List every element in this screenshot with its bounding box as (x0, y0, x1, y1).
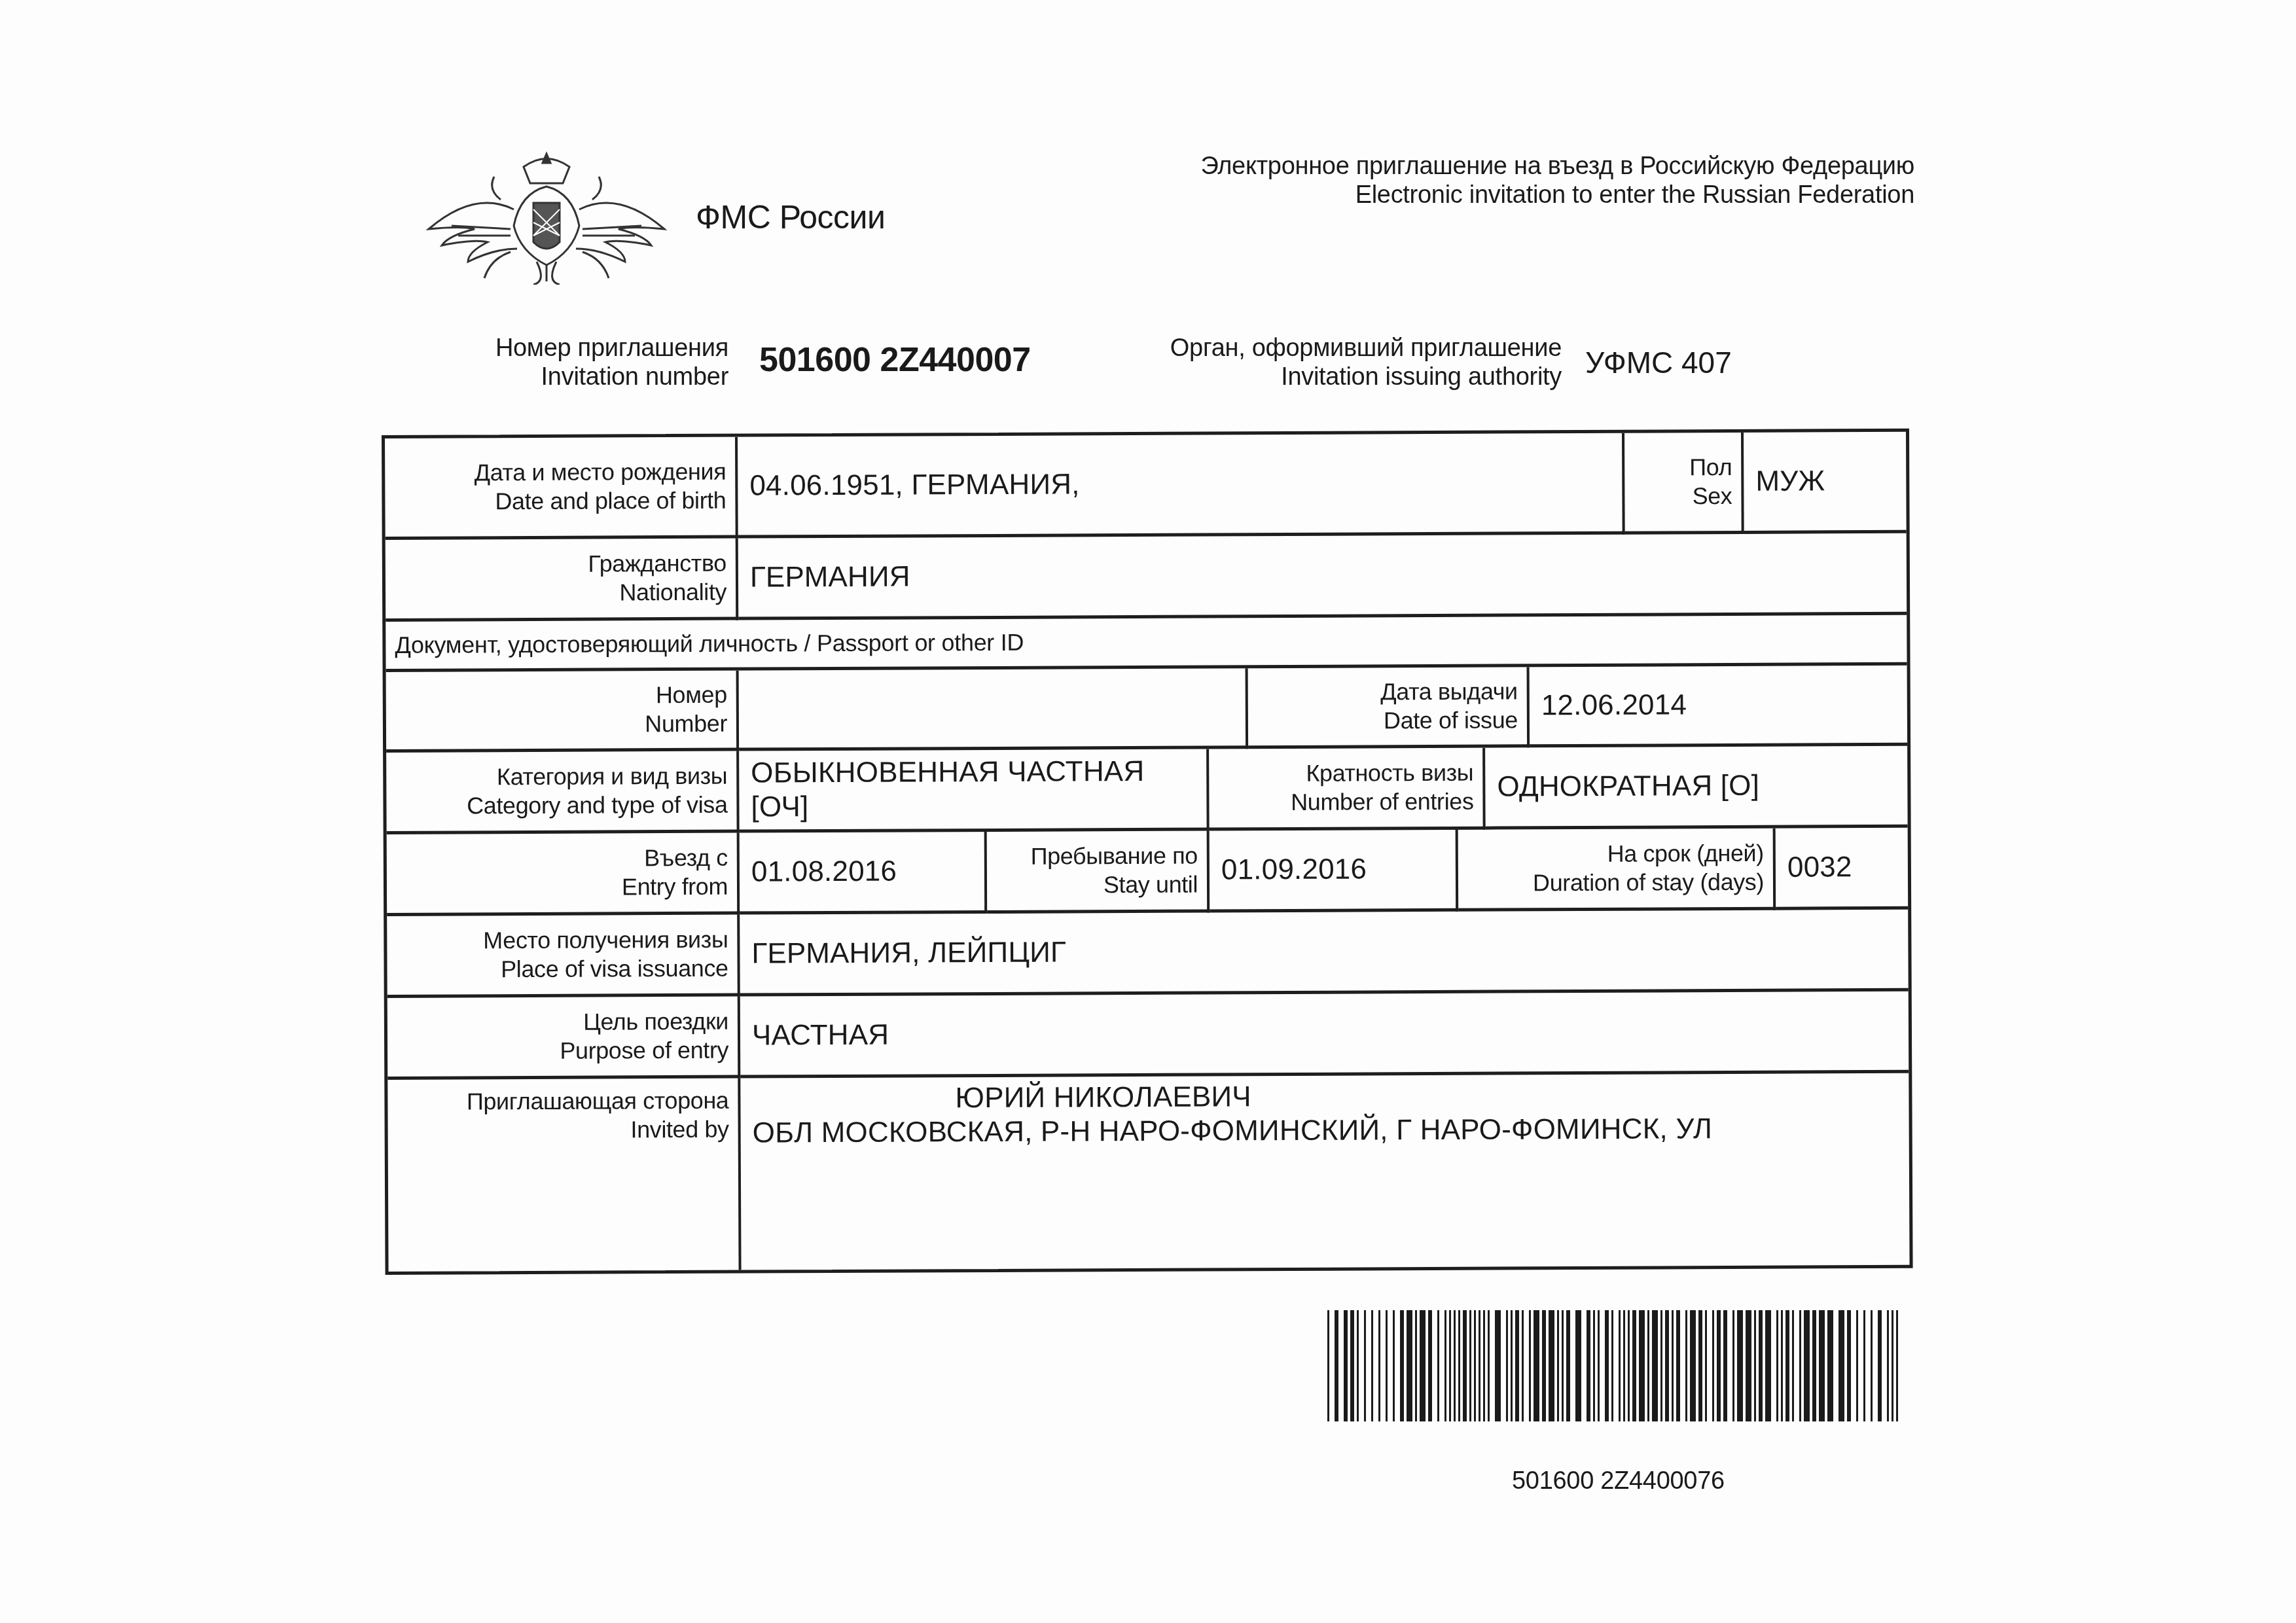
stay-until-label-ru: Пребывание по (1031, 842, 1198, 871)
barcode-bar (1746, 1310, 1751, 1421)
birth-label-ru: Дата и место рождения (475, 457, 726, 488)
invitation-number: 501600 2Z440007 (759, 340, 1031, 380)
document-title: Электронное приглашение на въезд в Росси… (1200, 152, 1914, 209)
visa-category-value-line1: ОБЫКНОВЕННАЯ ЧАСТНАЯ (751, 755, 1144, 791)
agency-name: ФМС России (696, 198, 885, 237)
entries-label: Кратность визы Number of entries (1209, 748, 1486, 831)
barcode-gap (1851, 1310, 1856, 1421)
barcode-gap (1873, 1310, 1878, 1421)
birth-label-en: Date and place of birth (495, 486, 726, 516)
barcode-gap (1359, 1310, 1364, 1421)
barcode-bar (1549, 1310, 1554, 1421)
barcode-gap (1727, 1310, 1732, 1421)
inviter-label: Приглашающая сторона Invited by (387, 1079, 741, 1272)
passport-issue-date-label: Дата выдачи Date of issue (1248, 667, 1530, 749)
visa-place-label-en: Place of visa issuance (501, 954, 728, 984)
birth-value: 04.06.1951, ГЕРМАНИЯ, (738, 433, 1625, 539)
entry-from-label-en: Entry from (622, 872, 728, 902)
barcode-bar (1652, 1310, 1658, 1421)
passport-issue-date-label-ru: Дата выдачи (1380, 677, 1518, 706)
stay-until-value: 01.09.2016 (1210, 830, 1459, 913)
barcode-bar (1690, 1310, 1696, 1421)
barcode-gap (1581, 1310, 1587, 1421)
barcode-gap (1794, 1310, 1799, 1421)
barcode-gap (1680, 1310, 1685, 1421)
entries-label-ru: Кратность визы (1306, 758, 1473, 788)
entry-from-label: Въезд с Entry from (387, 833, 740, 916)
visa-category-label-en: Category and type of visa (467, 791, 727, 821)
passport-number-label-ru: Номер (656, 681, 727, 709)
birth-label: Дата и место рождения Date and place of … (385, 437, 738, 540)
duration-value: 0032 (1776, 828, 1909, 910)
issuing-authority-label-en: Invitation issuing authority (1170, 363, 1562, 391)
passport-number-label-en: Number (645, 709, 727, 739)
passport-section-header: Документ, удостоверяющий личность / Pass… (386, 615, 1907, 672)
entry-from-label-ru: Въезд с (644, 844, 728, 873)
visa-place-label: Место получения визы Place of visa issua… (387, 915, 740, 998)
nationality-label-ru: Гражданство (588, 549, 726, 579)
nationality-value: ГЕРМАНИЯ (738, 533, 1907, 620)
barcode-gap (1501, 1310, 1506, 1421)
barcode-gap (1439, 1310, 1444, 1421)
entries-value: ОДНОКРАТНАЯ [О] (1485, 746, 1908, 830)
sex-label-en: Sex (1692, 482, 1732, 510)
invitation-details-table: Дата и место рождения Date and place of … (382, 429, 1913, 1275)
barcode-gap (1771, 1310, 1776, 1421)
barcode-bar (1639, 1310, 1645, 1421)
barcode-gap (1833, 1310, 1839, 1421)
barcode-gap (1882, 1310, 1887, 1421)
passport-number-label: Номер Number (386, 671, 740, 753)
inviter-address: ОБЛ МОСКОВСКАЯ, Р-Н НАРО-ФОМИНСКИЙ, Г НА… (753, 1111, 1909, 1150)
purpose-label-en: Purpose of entry (560, 1036, 728, 1065)
entries-label-en: Number of entries (1291, 787, 1474, 817)
barcode-bar (1575, 1310, 1581, 1421)
issuing-authority: УФМС 407 (1585, 345, 1732, 380)
visa-category-value-line2: [ОЧ] (751, 790, 808, 824)
barcode-gap (1524, 1310, 1529, 1421)
sex-label-ru: Пол (1689, 453, 1732, 482)
barcode-gap (1613, 1310, 1619, 1421)
visa-category-label-ru: Категория и вид визы (497, 762, 727, 792)
barcode-gap (1388, 1310, 1393, 1421)
barcode-bar (1839, 1310, 1844, 1421)
barcode-gap (1490, 1310, 1495, 1421)
barcode-gap (1380, 1310, 1386, 1421)
issuing-authority-label-ru: Орган, оформивший приглашение (1170, 334, 1562, 363)
barcode-bar (1495, 1310, 1501, 1421)
purpose-label: Цель поездки Purpose of entry (387, 997, 741, 1080)
nationality-label-en: Nationality (619, 578, 726, 607)
barcode-text: 501600 2Z4400076 (1512, 1467, 1725, 1495)
barcode-gap (1366, 1310, 1371, 1421)
invitation-number-label-ru: Номер приглашения (495, 334, 728, 363)
visa-place-label-ru: Место получения визы (483, 925, 728, 955)
barcode-bar (1827, 1310, 1833, 1421)
purpose-value: ЧАСТНАЯ (740, 991, 1909, 1079)
fms-emblem-icon (425, 147, 668, 285)
barcode-bar (1804, 1310, 1810, 1421)
inviter-name: ЮРИЙ НИКОЛАЕВИЧ (752, 1077, 1909, 1116)
barcode-bar (1534, 1310, 1539, 1421)
barcode (1327, 1310, 1898, 1421)
visa-place-value: ГЕРМАНИЯ, ЛЕЙПЦИГ (740, 910, 1909, 997)
duration-label-en: Duration of stay (days) (1533, 868, 1764, 898)
document-title-ru: Электронное приглашение на въезд в Росси… (1200, 152, 1914, 181)
barcode-bar (1819, 1310, 1825, 1421)
inviter-label-en: Invited by (630, 1115, 728, 1145)
duration-label-ru: На срок (дней) (1607, 839, 1763, 868)
barcode-bar (1737, 1310, 1743, 1421)
barcode-gap (1858, 1310, 1863, 1421)
barcode-bar (1420, 1310, 1426, 1421)
invitation-number-label: Номер приглашения Invitation number (495, 334, 728, 391)
barcode-gap (1373, 1310, 1378, 1421)
document-title-en: Electronic invitation to enter the Russi… (1200, 181, 1914, 209)
visa-category-value: ОБЫКНОВЕННАЯ ЧАСТНАЯ [ОЧ] (739, 749, 1210, 832)
passport-number-value (739, 668, 1249, 751)
barcode-bar (1407, 1310, 1412, 1421)
barcode-gap (1600, 1310, 1605, 1421)
entry-from-value: 01.08.2016 (740, 832, 988, 915)
inviter-label-ru: Приглашающая сторона (467, 1086, 729, 1116)
issuing-authority-label: Орган, оформивший приглашение Invitation… (1170, 334, 1562, 391)
nationality-label: Гражданство Nationality (386, 539, 739, 622)
barcode-gap (1570, 1310, 1575, 1421)
passport-issue-date-label-en: Date of issue (1384, 705, 1518, 735)
sex-value: МУЖ (1744, 432, 1907, 534)
barcode-gap (1329, 1310, 1335, 1421)
stay-until-label-en: Stay until (1103, 870, 1198, 900)
inviter-value: ЮРИЙ НИКОЛАЕВИЧ ОБЛ МОСКОВСКАЯ, Р-Н НАРО… (740, 1073, 1909, 1270)
barcode-gap (1865, 1310, 1871, 1421)
barcode-bar (1765, 1310, 1771, 1421)
invitation-number-label-en: Invitation number (495, 363, 728, 391)
barcode-gap (1432, 1310, 1437, 1421)
purpose-label-ru: Цель поездки (583, 1007, 728, 1037)
barcode-bar (1896, 1310, 1898, 1421)
passport-issue-date-value: 12.06.2014 (1530, 666, 1908, 748)
stay-until-label: Пребывание по Stay until (987, 830, 1210, 913)
visa-category-label: Категория и вид визы Category and type o… (386, 751, 740, 834)
barcode-gap (1707, 1310, 1712, 1421)
duration-label: На срок (дней) Duration of stay (days) (1458, 829, 1776, 912)
barcode-gap (1395, 1310, 1400, 1421)
sex-label: Пол Sex (1624, 433, 1744, 535)
barcode-gap (1338, 1310, 1344, 1421)
